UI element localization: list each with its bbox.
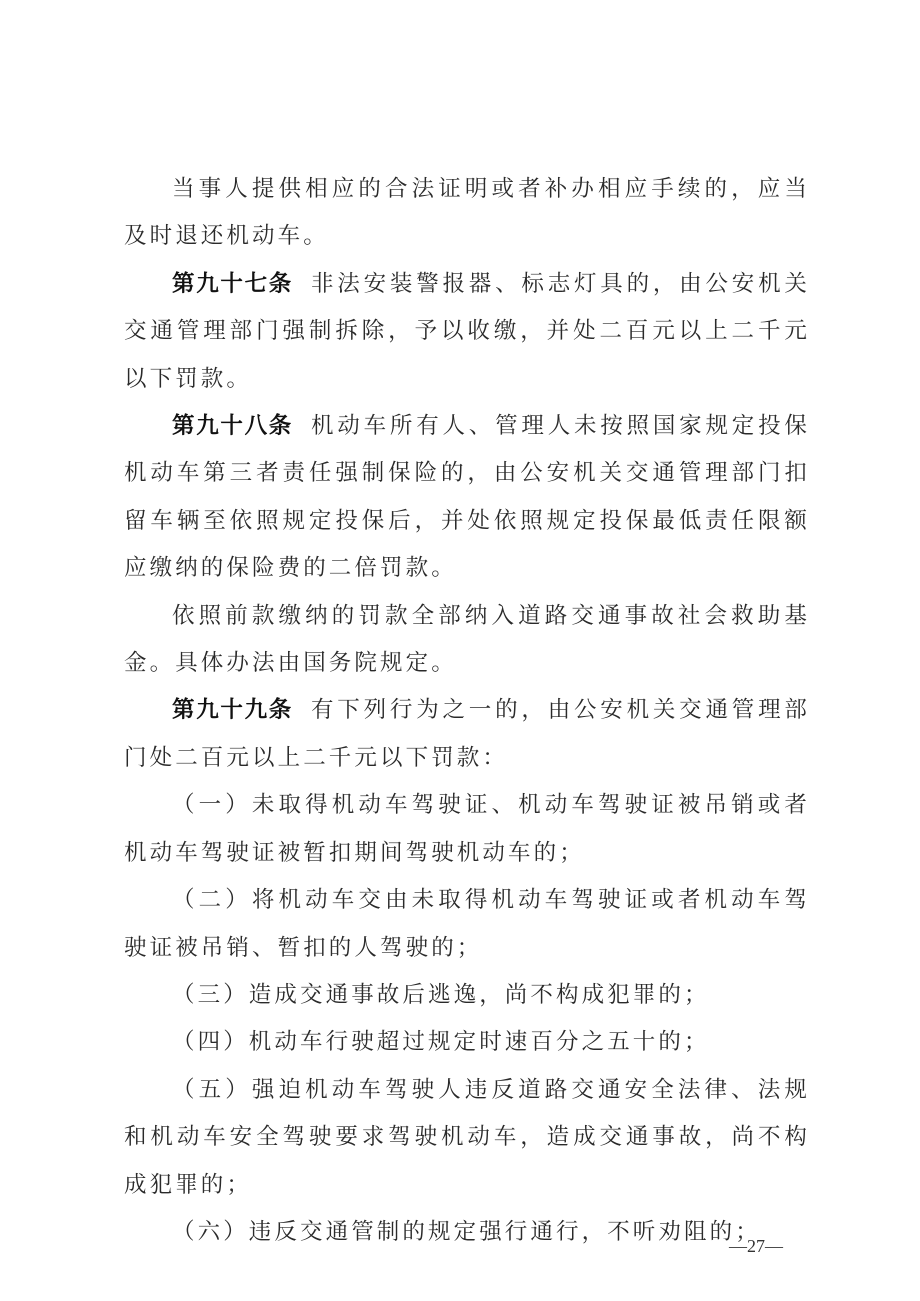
article-99: 第九十九条有下列行为之一的，由公安机关交通管理部门处二百元以上二千元以下罚款： xyxy=(124,687,810,782)
list-item-3: （三）造成交通事故后逃逸，尚不构成犯罪的； xyxy=(124,972,810,1019)
paragraph-return-vehicle: 当事人提供相应的合法证明或者补办相应手续的，应当及时退还机动车。 xyxy=(124,166,810,261)
list-item-2: （二）将机动车交由未取得机动车驾驶证或者机动车驾驶证被吊销、暂扣的人驾驶的； xyxy=(124,877,810,972)
paragraph-relief-fund: 依照前款缴纳的罚款全部纳入道路交通事故社会救助基金。具体办法由国务院规定。 xyxy=(124,593,810,688)
page-number: —27— xyxy=(729,1236,783,1257)
document-page: 当事人提供相应的合法证明或者补办相应手续的，应当及时退还机动车。 第九十七条非法… xyxy=(124,166,810,1256)
article-98: 第九十八条机动车所有人、管理人未按照国家规定投保机动车第三者责任强制保险的，由公… xyxy=(124,403,810,593)
list-item-6: （六）违反交通管制的规定强行通行，不听劝阻的； xyxy=(124,1209,810,1256)
list-item-5: （五）强迫机动车驾驶人违反道路交通安全法律、法规和机动车安全驾驶要求驾驶机动车，… xyxy=(124,1067,810,1209)
article-heading: 第九十九条 xyxy=(172,697,293,723)
list-item-1: （一）未取得机动车驾驶证、机动车驾驶证被吊销或者机动车驾驶证被暂扣期间驾驶机动车… xyxy=(124,782,810,877)
article-heading: 第九十八条 xyxy=(172,413,293,439)
article-97: 第九十七条非法安装警报器、标志灯具的，由公安机关交通管理部门强制拆除，予以收缴，… xyxy=(124,261,810,403)
list-item-4: （四）机动车行驶超过规定时速百分之五十的； xyxy=(124,1019,810,1066)
article-heading: 第九十七条 xyxy=(172,271,293,297)
